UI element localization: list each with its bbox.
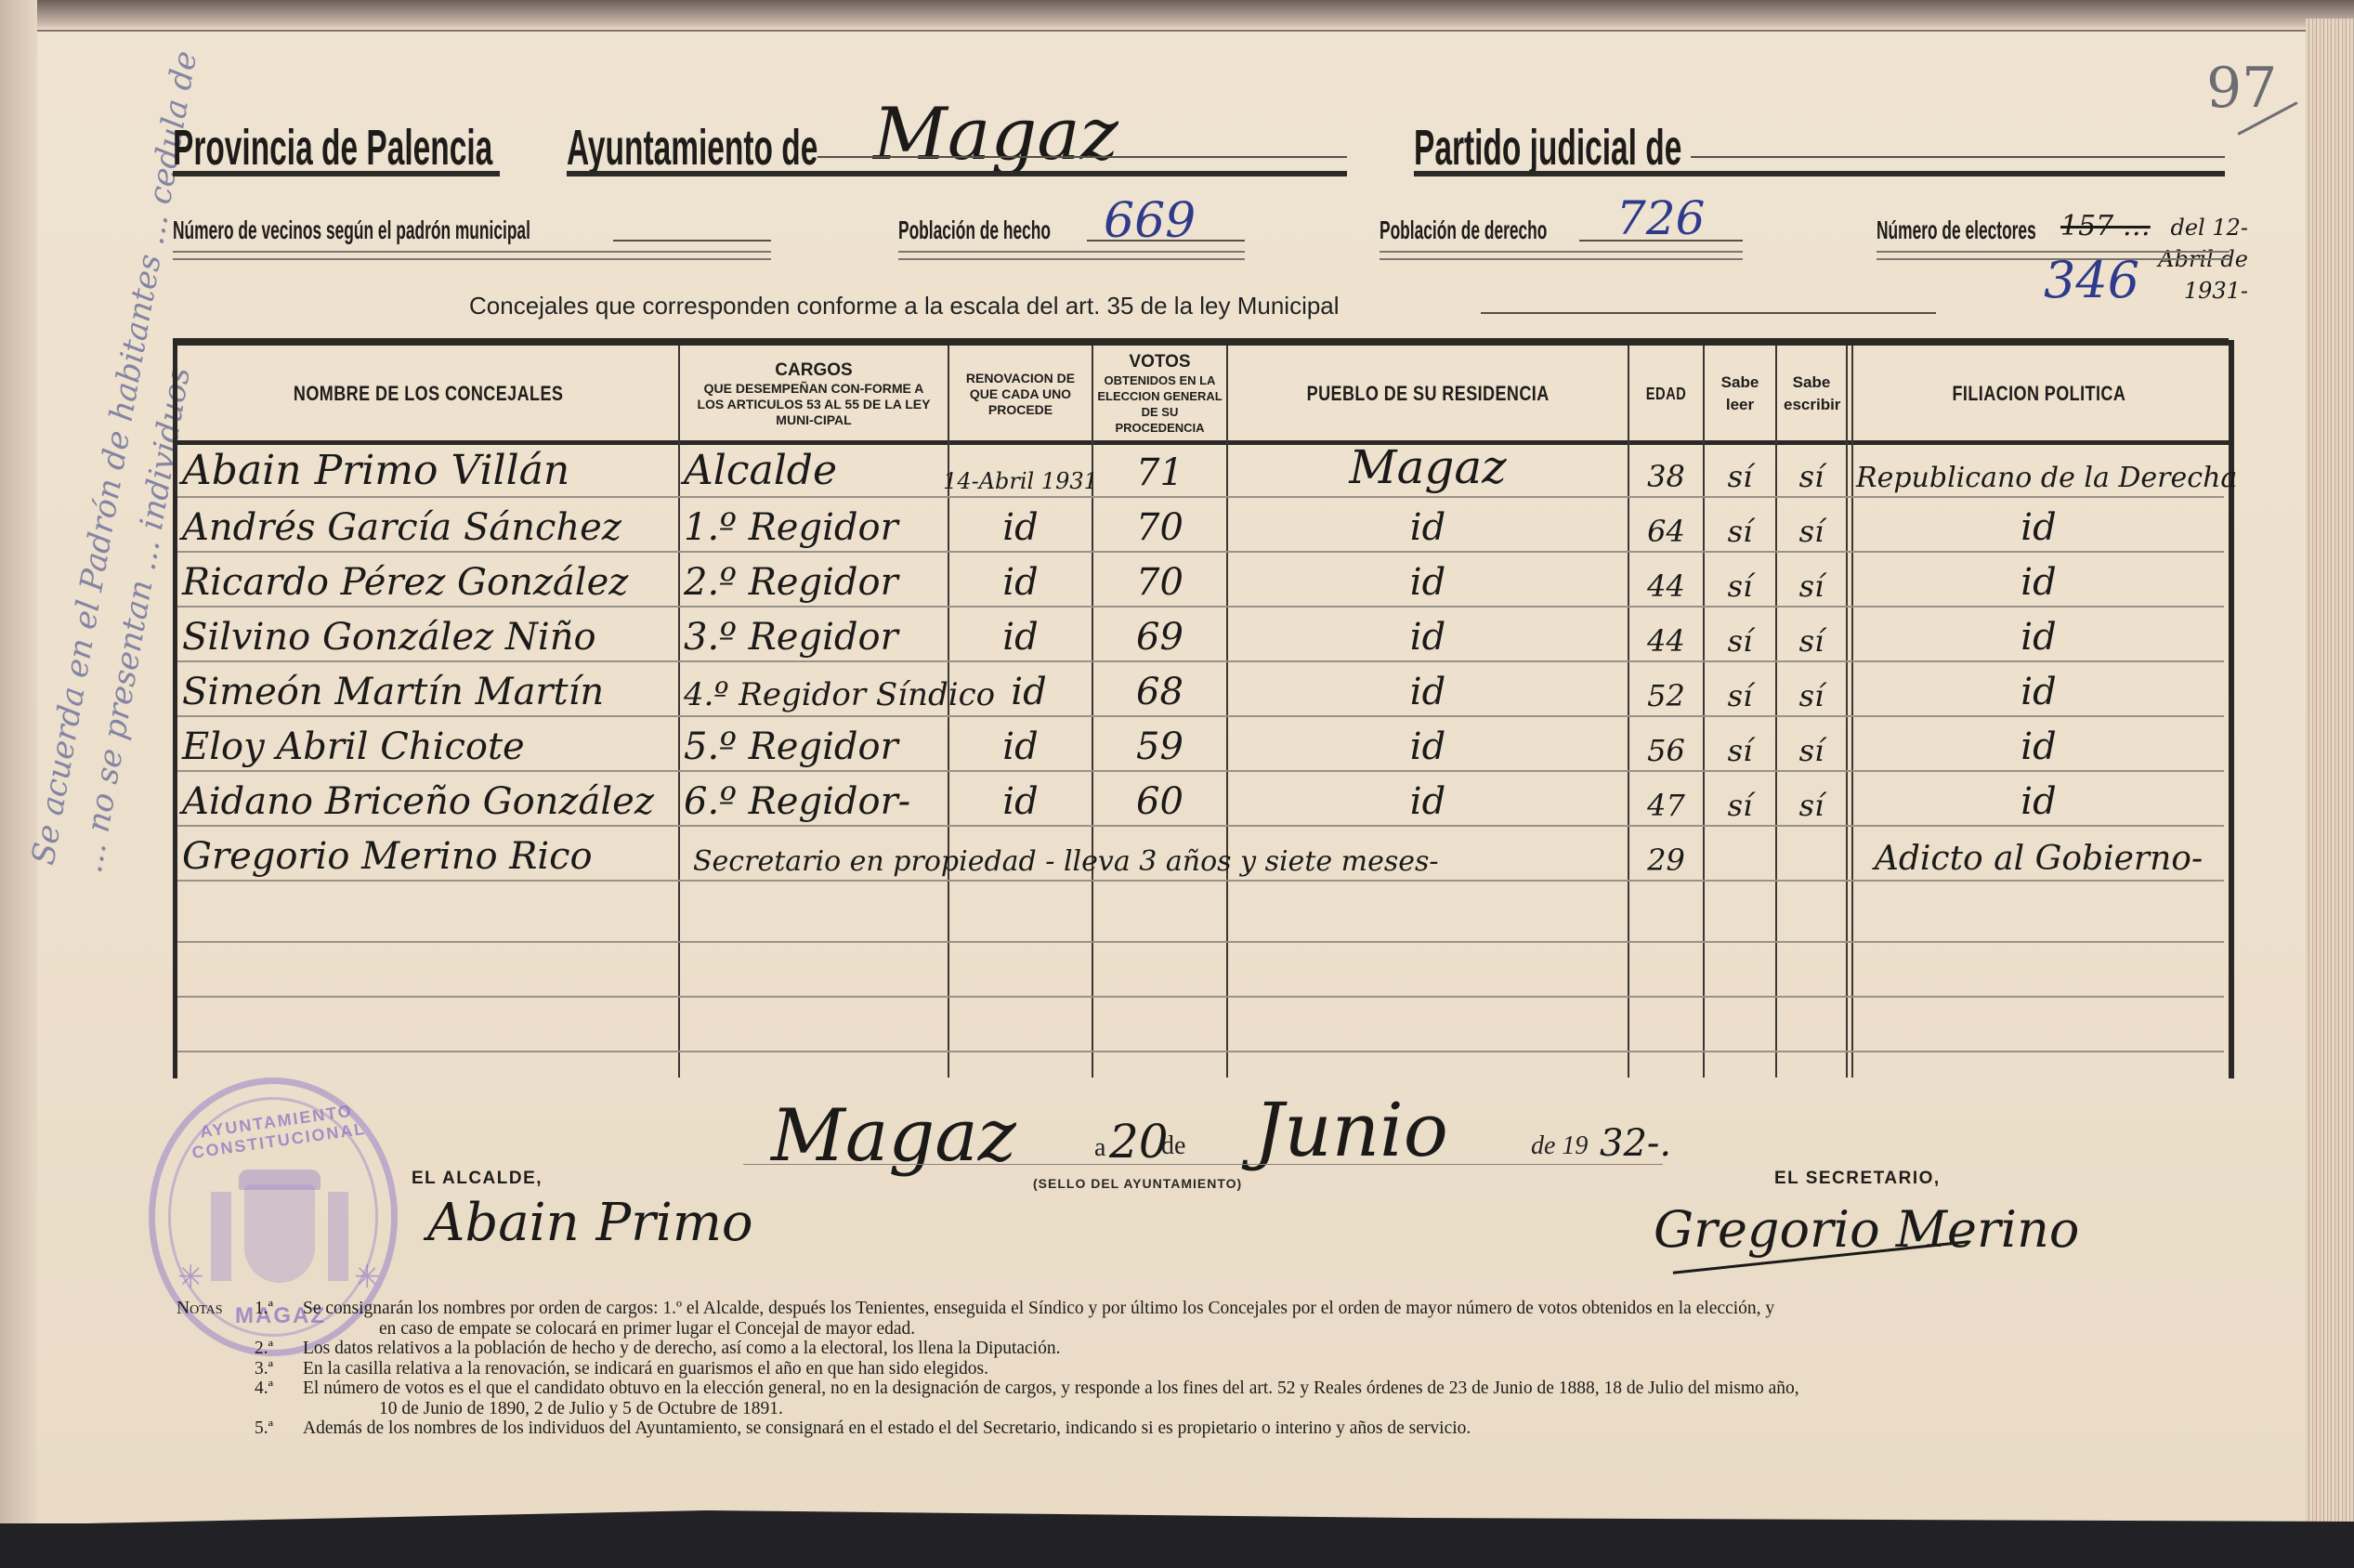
cell-nombre[interactable]: Abain Primo Villán [182,444,674,498]
cell-votos[interactable]: 68 [1093,663,1226,717]
cell-edad[interactable]: 38 [1629,444,1703,498]
note-number: 5.ª [255,1418,303,1439]
cell-escribir[interactable]: sí [1777,718,1846,772]
poblacion-hecho-label: Población de hecho [898,216,1051,245]
cell-pueblo[interactable]: id [1228,499,1628,553]
coat-of-arms-icon [244,1184,315,1283]
note-item: 2.ª Los datos relativos a la población d… [177,1339,2257,1359]
date-line [743,1164,1663,1165]
poblacion-derecho-field-line [1579,240,1743,242]
note-number: 2.ª [255,1339,303,1359]
cell-nombre[interactable]: Eloy Abril Chicote [182,718,674,772]
page-stack-edge [2306,19,2354,1542]
cell-edad[interactable]: 52 [1629,663,1703,717]
cell-filiacion[interactable]: id [1853,499,2224,553]
note-number: 3.ª [255,1359,303,1379]
cell-renovacion[interactable]: id [949,718,1092,772]
note-item: 4.ª El número de votos es el que el cand… [177,1379,2257,1399]
note-continuation: en caso de empate se colocará en primer … [177,1319,2257,1339]
star-icon: ✳ [354,1259,381,1296]
cell-leer[interactable]: sí [1705,663,1775,717]
date-month[interactable]: Junio [1254,1087,1448,1173]
cell-filiacion[interactable]: id [1853,718,2224,772]
date-day[interactable]: 20 [1109,1115,1169,1169]
cell-cargo[interactable]: 3.º Regidor [684,608,948,662]
cell-leer[interactable]: sí [1705,773,1775,827]
cell-nombre[interactable]: Andrés García Sánchez [182,499,674,553]
cell-pueblo[interactable]: Magaz [1228,444,1628,498]
note-number: 4.ª [255,1379,303,1399]
col-header-filiacion: FILIACION POLITICA [1853,347,2224,440]
col-header-leer: Sabe leer [1705,347,1775,440]
provincia-label: Provincia de Palencia [173,119,492,176]
cell-nombre[interactable]: Silvino González Niño [182,608,674,662]
cell-filiacion[interactable]: id [1853,554,2224,608]
cell-escribir[interactable]: sí [1777,608,1846,662]
row-rule [177,1051,2224,1052]
cell-nombre[interactable]: Ricardo Pérez González [182,554,674,608]
note-item: 5.ª Además de los nombres de los individ… [177,1418,2257,1439]
document-page: Se acuerda en el Padrón de habitantes … … [0,0,2354,1523]
pillar-icon [328,1192,348,1281]
cell-secretario-note[interactable]: Secretario en propiedad - lleva 3 años y… [693,828,1622,882]
scan-background [0,1523,2354,1568]
note-text: Además de los nombres de los individuos … [303,1418,2257,1439]
cell-pueblo[interactable]: id [1228,718,1628,772]
cell-renovacion[interactable]: id [949,554,1092,608]
col-divider [678,346,680,1078]
col-header-votos: VOTOS OBTENIDOS EN LA ELECCION GENERAL D… [1093,347,1226,440]
partido-field-line [1691,156,2225,158]
ayuntamiento-label: Ayuntamiento de [567,119,817,176]
date-year-prefix: de 19 [1531,1131,1588,1161]
vecinos-field-line [613,240,771,242]
col-header-nombre: NOMBRE DE LOS CONCEJALES [178,347,678,440]
row-rule [177,996,2224,998]
cell-filiacion[interactable]: Adicto al Gobierno- [1853,828,2224,882]
date-year-suffix[interactable]: 32-. [1600,1122,1671,1165]
alcalde-signature: Abain Primo [427,1193,753,1253]
cell-renovacion[interactable]: id [949,773,1092,827]
cell-escribir[interactable]: sí [1777,499,1846,553]
col-header-pueblo: PUEBLO DE SU RESIDENCIA [1228,347,1628,440]
page-number: 97 [2206,56,2277,121]
concejales-label: Concejales que corresponden conforme a l… [469,292,1340,320]
cell-votos[interactable]: 70 [1093,499,1226,553]
col-header-cargos: CARGOS QUE DESEMPEÑAN CON-FORME A LOS AR… [680,347,948,440]
cell-leer[interactable]: sí [1705,554,1775,608]
cell-votos[interactable]: 59 [1093,718,1226,772]
col-header-edad: EDAD [1629,347,1703,440]
cell-renovacion[interactable]: id [949,499,1092,553]
ayuntamiento-underline [567,171,1347,176]
poblacion-hecho-field-line [1087,240,1245,242]
note-item: Notas 1.ª Se consignarán los nombres por… [177,1299,2257,1319]
cell-leer[interactable]: sí [1705,444,1775,498]
cell-edad[interactable]: 29 [1629,828,1703,882]
vecinos-label: Número de vecinos según el padrón munici… [173,216,530,245]
ayuntamiento-value[interactable]: Magaz [873,93,1118,176]
note-text: Se consignarán los nombres por orden de … [303,1299,2257,1319]
partido-underline [1414,171,2225,176]
cell-renovacion[interactable]: id [949,608,1092,662]
cell-edad[interactable]: 56 [1629,718,1703,772]
notes-section: Notas 1.ª Se consignarán los nombres por… [177,1299,2257,1439]
row-rule [177,941,2224,943]
cell-edad[interactable]: 44 [1629,608,1703,662]
cell-votos[interactable]: 60 [1093,773,1226,827]
secretario-signature: Gregorio Merino [1654,1200,2079,1259]
binding-gutter [0,0,37,1523]
cell-cargo[interactable]: 5.º Regidor [684,718,948,772]
col-header-renovacion: RENOVACION DE QUE CADA UNO PROCEDE [949,347,1092,440]
note-item: 3.ª En la casilla relativa a la renovaci… [177,1359,2257,1379]
date-place[interactable]: Magaz [771,1094,1016,1178]
note-number: 1.ª [255,1299,303,1319]
cell-cargo[interactable]: 2.º Regidor [684,554,948,608]
note-text: El número de votos es el que el candidat… [303,1379,2257,1399]
cell-nombre[interactable]: Gregorio Merino Rico [182,828,674,882]
cell-leer[interactable]: sí [1705,718,1775,772]
poblacion-hecho-underline [898,251,1245,260]
page-top-edge [37,0,2354,32]
cell-votos[interactable]: 70 [1093,554,1226,608]
cell-votos[interactable]: 71 [1093,444,1226,498]
cell-leer[interactable]: sí [1705,608,1775,662]
electores-struck: 157 … [2060,210,2151,242]
poblacion-derecho-underline [1380,251,1743,260]
cell-renovacion[interactable]: 14-Abril 1931 [949,444,1092,498]
cell-filiacion[interactable]: id [1853,663,2224,717]
col-divider [1846,346,1848,1078]
cell-pueblo[interactable]: id [1228,608,1628,662]
note-continuation: 10 de Junio de 1890, 2 de Julio y 5 de O… [177,1399,2257,1419]
cell-leer[interactable]: sí [1705,499,1775,553]
cell-renovacion[interactable]: id [966,663,1092,717]
cell-nombre[interactable]: Simeón Martín Martín [182,663,674,717]
alcalde-label: EL ALCALDE, [412,1169,543,1189]
cell-edad[interactable]: 47 [1629,773,1703,827]
poblacion-derecho-label: Población de derecho [1380,216,1547,245]
cell-pueblo[interactable]: id [1228,773,1628,827]
cell-edad[interactable]: 64 [1629,499,1703,553]
cell-escribir[interactable]: sí [1777,773,1846,827]
notes-label: Notas [177,1299,255,1319]
provincia-underline [173,171,500,176]
cell-nombre[interactable]: Aidano Briceño González [182,773,674,827]
cell-votos[interactable]: 69 [1093,608,1226,662]
note-text: Los datos relativos a la población de he… [303,1339,2257,1359]
cell-filiacion[interactable]: Republicano de la Derecha [1856,444,2246,498]
poblacion-derecho-value[interactable]: 726 [1616,191,1705,245]
cell-cargo[interactable]: 1.º Regidor [684,499,948,553]
date-de-label: de [1161,1131,1185,1161]
note-text: En la casilla relativa a la renovación, … [303,1359,2257,1379]
partido-label: Partido judicial de [1414,119,1681,176]
cell-cargo[interactable]: 4.º Regidor Síndico [684,663,962,717]
cell-filiacion[interactable]: id [1853,608,2224,662]
sello-label: (SELLO DEL AYUNTAMIENTO) [1033,1176,1242,1191]
concejales-field-line [1481,312,1936,314]
cell-pueblo[interactable]: id [1228,663,1628,717]
col-header-escribir: Sabe escribir [1777,347,1846,440]
cell-filiacion[interactable]: id [1853,773,2224,827]
date-a-label: a [1094,1133,1105,1163]
cell-pueblo[interactable]: id [1228,554,1628,608]
electores-label: Número de electores [1877,216,2036,245]
cell-cargo[interactable]: Alcalde [684,444,948,498]
pillar-icon [211,1192,231,1281]
vecinos-underline [173,251,771,260]
cell-cargo[interactable]: 6.º Regidor- [684,773,948,827]
electores-value[interactable]: 346 [2044,251,2139,309]
cell-escribir[interactable]: sí [1777,663,1846,717]
cell-edad[interactable]: 44 [1629,554,1703,608]
ayuntamiento-field-line [817,156,1347,158]
cell-escribir[interactable]: sí [1777,554,1846,608]
secretario-label: EL SECRETARIO, [1774,1169,1941,1189]
star-icon: ✳ [177,1259,204,1296]
cell-escribir[interactable]: sí [1777,444,1846,498]
